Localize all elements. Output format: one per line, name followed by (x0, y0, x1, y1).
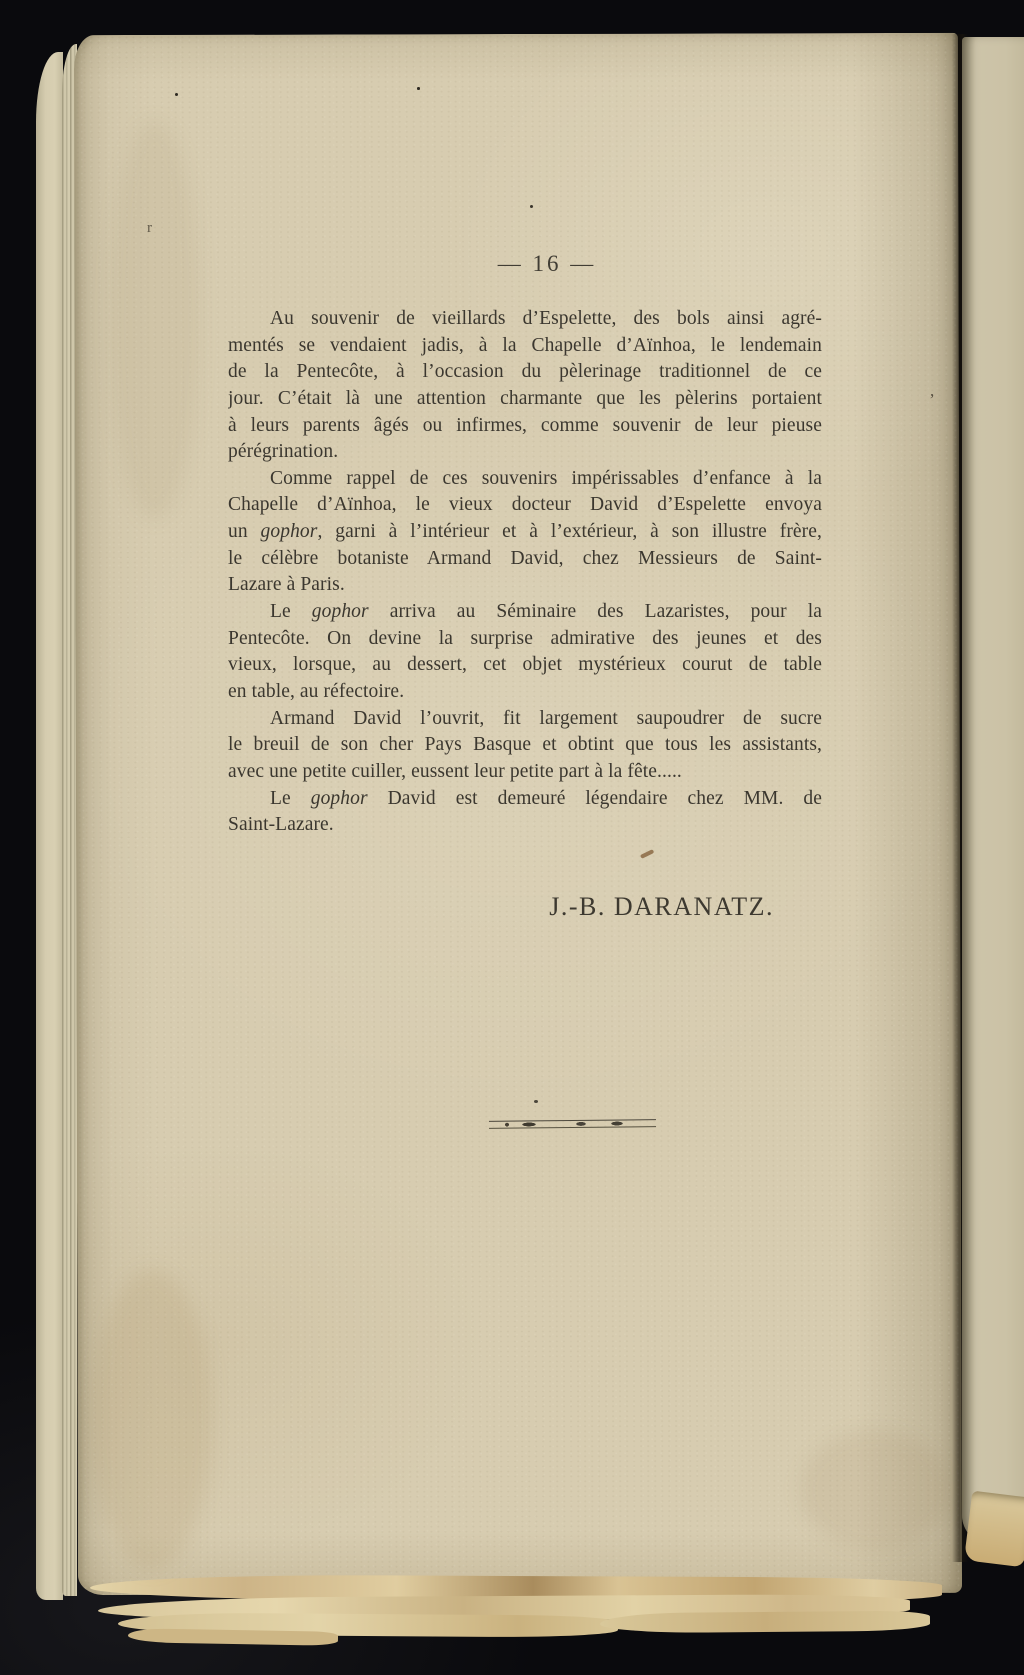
author-signature: J.-B. DARANATZ. (228, 892, 822, 922)
paragraph: Le gophor arriva au Séminaire des Lazari… (228, 599, 822, 706)
ink-speck (417, 87, 420, 90)
text-segment: Chapelle d’Aïnhoa, le vieux docteur Davi… (228, 494, 822, 515)
text-segment: Pentecôte. On devine la surprise admirat… (228, 628, 822, 649)
italic-word: gophor (312, 601, 369, 622)
paragraphs: Au souvenir de vieillards d’Espelette, d… (228, 306, 822, 839)
paragraph: Comme rappel de ces souvenirs impérissab… (228, 466, 822, 599)
text-segment: le célèbre botaniste Armand David, chez … (228, 548, 822, 569)
text-line: vieux, lorsque, au dessert, cet objet my… (228, 652, 822, 679)
ink-speck (530, 205, 533, 208)
text-line: Armand David l’ouvrit, fit largement sau… (228, 706, 822, 733)
text-line: de la Pentecôte, à l’occasion du pèlerin… (228, 359, 822, 386)
paper-stain (800, 1430, 950, 1550)
bottom-page-edge (128, 1628, 338, 1646)
text-segment: Le (270, 601, 312, 622)
margin-print-mark: , (930, 381, 934, 401)
ornament-dot (534, 1100, 538, 1103)
facing-page-edge (962, 37, 1024, 1545)
text-segment: Au souvenir de vieillards d’Espelette, d… (270, 308, 822, 329)
text-segment: jour. C’était là une attention charmante… (228, 388, 822, 409)
text-segment: arriva au Séminaire des Lazaristes, pour… (369, 601, 822, 622)
text-segment: de la Pentecôte, à l’occasion du pèlerin… (228, 361, 822, 382)
text-line: Le gophor David est demeuré légendaire c… (228, 786, 822, 813)
paragraph: Au souvenir de vieillards d’Espelette, d… (228, 306, 822, 466)
text-line: Le gophor arriva au Séminaire des Lazari… (228, 599, 822, 626)
text-segment: Saint-Lazare. (228, 814, 334, 835)
scanned-book-page: — 16 — Au souvenir de vieillards d’Espel… (0, 0, 1024, 1675)
text-segment: avec une petite cuiller, eussent leur pe… (228, 761, 682, 782)
text-segment: vieux, lorsque, au dessert, cet objet my… (228, 654, 822, 675)
text-segment: à leurs parents âgés ou infirmes, comme … (228, 415, 822, 436)
text-line: pérégrination. (228, 439, 822, 466)
text-line: le célèbre botaniste Armand David, chez … (228, 546, 822, 573)
text-line: jour. C’était là une attention charmante… (228, 386, 822, 413)
left-page-edges-band (36, 52, 63, 1600)
text-segment: le breuil de son cher Pays Basque et obt… (228, 734, 822, 755)
text-segment: mentés se vendaient jadis, à la Chapelle… (228, 335, 822, 356)
paper-stain (110, 120, 200, 520)
text-line: Saint-Lazare. (228, 812, 822, 839)
text-line: Au souvenir de vieillards d’Espelette, d… (228, 306, 822, 333)
bottom-page-edge (600, 1611, 930, 1634)
text-segment: Lazare à Paris. (228, 574, 345, 595)
text-segment: pérégrination. (228, 441, 338, 462)
text-segment: un (228, 521, 261, 542)
italic-word: gophor (261, 521, 318, 542)
text-segment: Le (270, 788, 311, 809)
text-line: Pentecôte. On devine la surprise admirat… (228, 626, 822, 653)
paragraph: Armand David l’ouvrit, fit largement sau… (228, 706, 822, 786)
text-line: avec une petite cuiller, eussent leur pe… (228, 759, 822, 786)
page-number: — 16 — (228, 251, 822, 277)
text-line: le breuil de son cher Pays Basque et obt… (228, 732, 822, 759)
stray-print-mark: r (147, 220, 152, 237)
text-line: en table, au réfectoire. (228, 679, 822, 706)
text-segment: , garni à l’intérieur et à l’extérieur, … (317, 521, 822, 542)
text-line: mentés se vendaient jadis, à la Chapelle… (228, 333, 822, 360)
text-line: Chapelle d’Aïnhoa, le vieux docteur Davi… (228, 492, 822, 519)
facing-page-bottom-corner (964, 1491, 1024, 1568)
text-segment: Comme rappel de ces souvenirs impérissab… (270, 468, 822, 489)
text-line: Lazare à Paris. (228, 572, 822, 599)
paper-stain (92, 1270, 212, 1570)
ink-speck (175, 93, 178, 96)
text-segment: en table, au réfectoire. (228, 681, 404, 702)
text-segment: Armand David l’ouvrit, fit largement sau… (270, 708, 822, 729)
text-segment: David est demeuré légendaire chez MM. de (368, 788, 822, 809)
italic-word: gophor (311, 788, 368, 809)
text-line: à leurs parents âgés ou infirmes, comme … (228, 413, 822, 440)
paragraph: Le gophor David est demeuré légendaire c… (228, 786, 822, 839)
text-line: Comme rappel de ces souvenirs impérissab… (228, 466, 822, 493)
text-line: un gophor, garni à l’intérieur et à l’ex… (228, 519, 822, 546)
